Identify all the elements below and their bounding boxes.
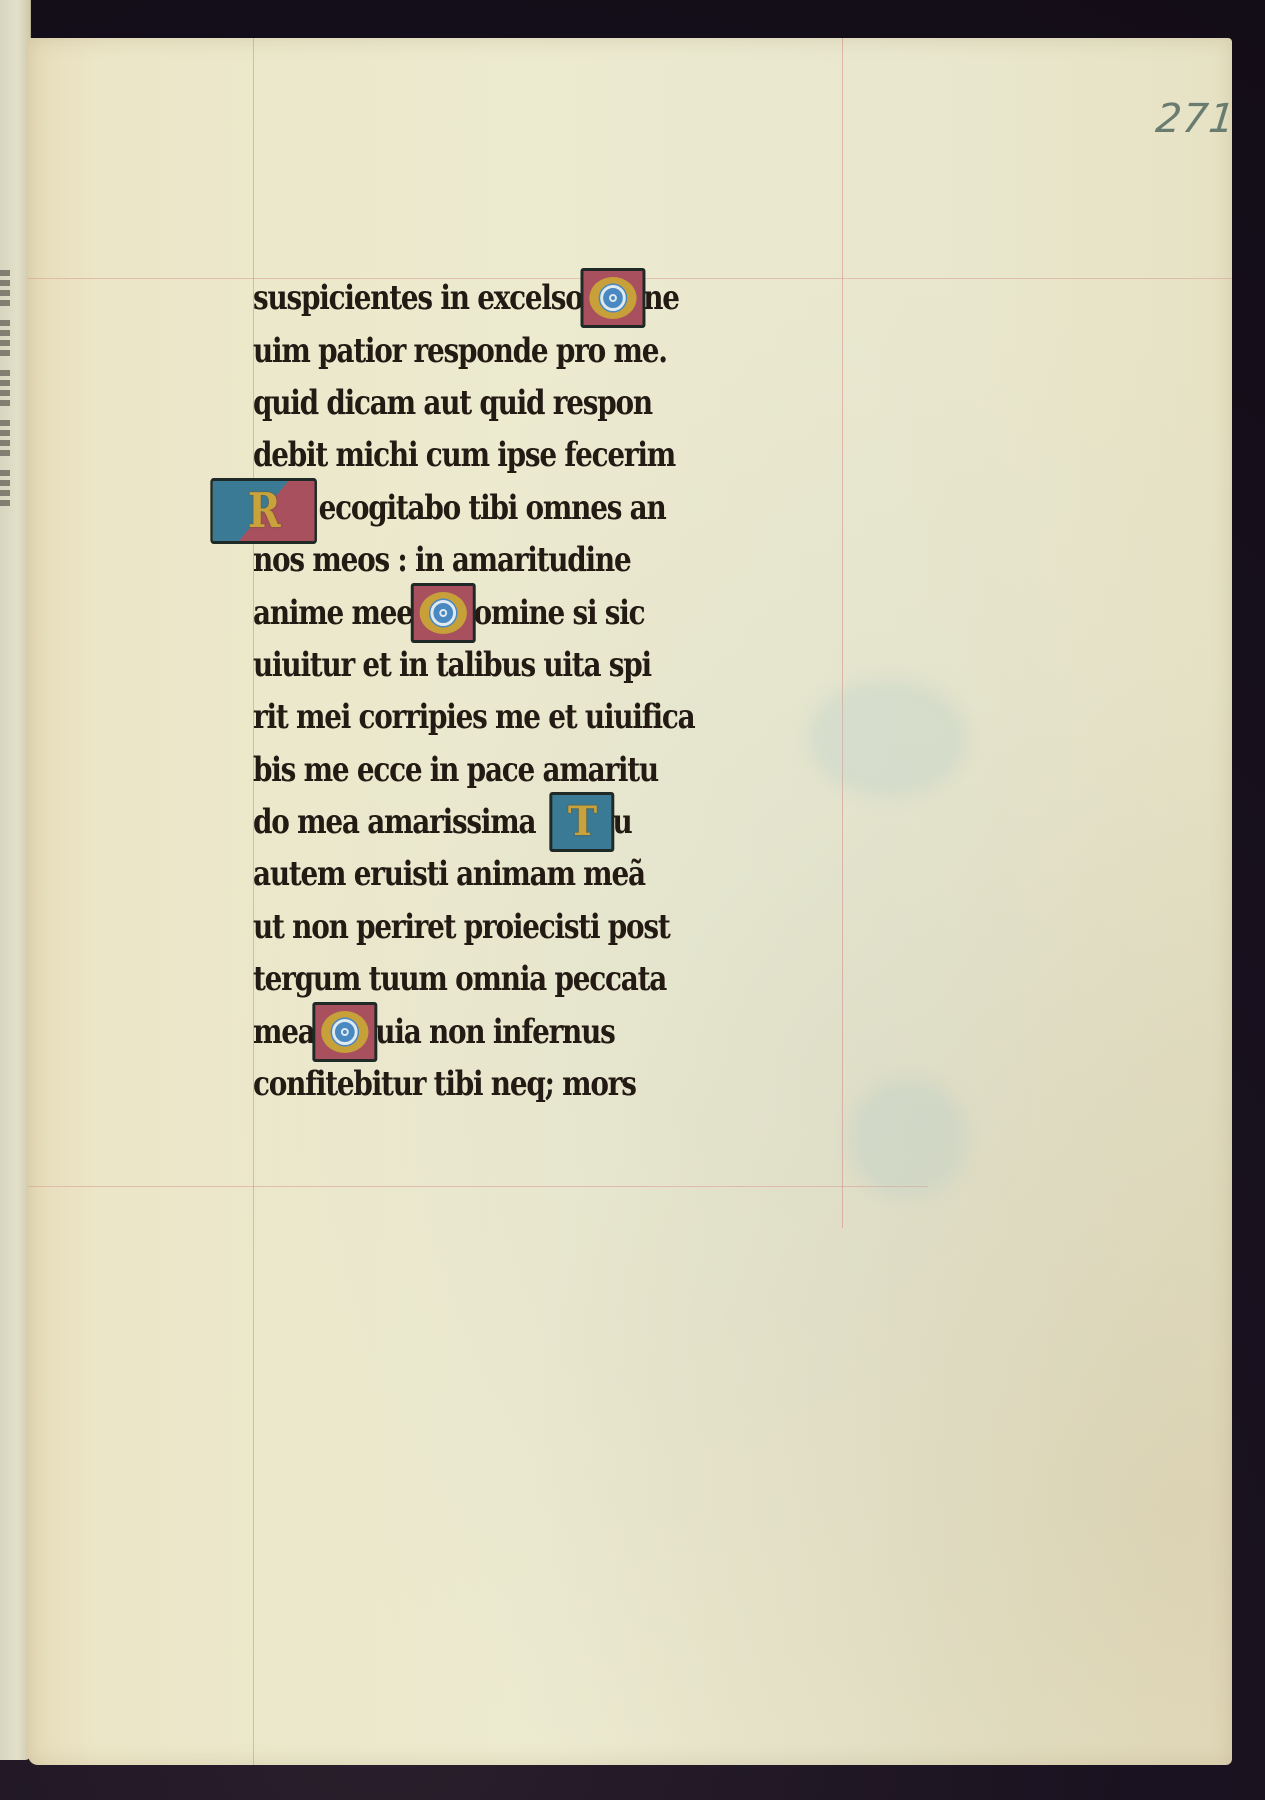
- folio-number: 271: [1154, 96, 1238, 142]
- text-line: confitebitur tibi neq; mors: [253, 1058, 737, 1110]
- water-stain: [848, 1078, 968, 1198]
- text-line: uim patior responde pro me.: [253, 324, 737, 376]
- text-line: bis me ecce in pace amaritu: [253, 744, 737, 796]
- facing-page-text-fragment: [0, 270, 14, 510]
- text-line: rit mei corripies me et uiuifica: [253, 691, 737, 743]
- text-line: R ecogitabo tibi omnes an: [253, 482, 737, 534]
- facing-page-edge: [0, 0, 31, 1760]
- illuminated-initial-q: [312, 1002, 377, 1062]
- text-line: debit michi cum ipse fecerim: [253, 429, 737, 481]
- text-line: quid dicam aut quid respon: [253, 377, 737, 429]
- text-block: suspicientes in excelso ne uim patior re…: [253, 272, 843, 1110]
- text-line: uiuitur et in talibus uita spi: [253, 639, 737, 691]
- text-line: autem eruisti animam meã: [253, 848, 737, 900]
- illuminated-initial-d: [411, 583, 476, 643]
- text-line: do mea amarissima T u: [253, 796, 737, 848]
- illuminated-initial-t: T: [550, 792, 615, 852]
- text-line: mea uia non infernus: [253, 1005, 737, 1057]
- text-line: tergum tuum omnia peccata: [253, 953, 737, 1005]
- ruling-line-bottom: [28, 1186, 928, 1187]
- text-line: ut non periret proiecisti post: [253, 901, 737, 953]
- text-line: anime mee omine si sic: [253, 586, 737, 638]
- swirl-ornament-icon: [332, 1019, 358, 1045]
- illuminated-initial-d: [580, 268, 645, 328]
- swirl-ornament-icon: [430, 600, 456, 626]
- text-line: nos meos : in amaritudine: [253, 534, 737, 586]
- text-line: suspicientes in excelso ne: [253, 272, 737, 324]
- swirl-ornament-icon: [600, 285, 626, 311]
